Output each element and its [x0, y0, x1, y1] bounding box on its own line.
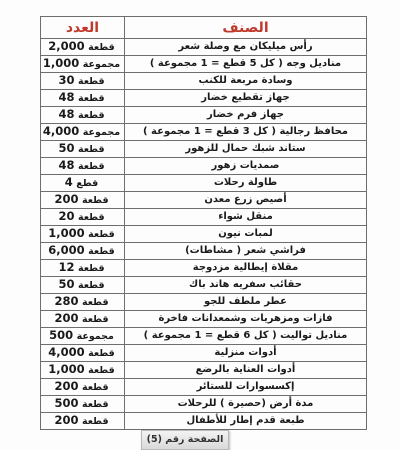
quantity-cell: 48 قطعة [41, 158, 125, 175]
quantity-unit: قطع [76, 178, 98, 189]
table-row: منقل شواء20 قطعة [41, 209, 367, 226]
quantity-value: 48 [58, 158, 74, 172]
quantity-value: 1,000 [43, 56, 79, 70]
table-row: أصيص زرع معدن200 قطعة [41, 192, 367, 209]
quantity-value: 6,000 [48, 243, 84, 257]
table-header-row: الصنف العدد [41, 17, 367, 39]
quantity-unit: قطعة [82, 382, 109, 393]
item-name-cell: مدة أرض (حصيرة ) للرحلات [125, 396, 367, 413]
quantity-unit: قطعة [88, 365, 115, 376]
quantity-unit: قطعة [82, 416, 109, 427]
quantity-unit: قطعة [78, 161, 105, 172]
table-row: أدوات منزلية4,000 قطعة [41, 345, 367, 362]
quantity-value: 20 [58, 209, 74, 223]
quantity-cell: 2,000 قطعة [41, 39, 125, 56]
item-name-cell: أدوات منزلية [125, 345, 367, 362]
table-row: فراشي شعر ( مشاطات)6,000 قطعة [41, 243, 367, 260]
table-body: رأس ميليكان مع وصلة شعر2,000 قطعةمناديل … [41, 39, 367, 430]
quantity-value: 4 [65, 175, 73, 189]
quantity-cell: 4 قطع [41, 175, 125, 192]
table-row: صمديات زهور48 قطعة [41, 158, 367, 175]
quantity-value: 48 [58, 107, 74, 121]
quantity-unit: قطعة [88, 229, 115, 240]
quantity-unit: مجموعة [77, 331, 114, 342]
table-row: مناديل وجه ( كل 5 قطع = 1 مجموعة )1,000 … [41, 56, 367, 73]
quantity-value: 200 [54, 311, 78, 325]
item-name-cell: صمديات زهور [125, 158, 367, 175]
quantity-cell: 50 قطعة [41, 141, 125, 158]
quantity-unit: قطعة [82, 195, 109, 206]
quantity-value: 1,000 [48, 362, 84, 376]
quantity-unit: قطعة [88, 348, 115, 359]
item-name-cell: لمبات نيون [125, 226, 367, 243]
quantity-value: 1,000 [48, 226, 84, 240]
quantity-unit: قطعة [78, 212, 105, 223]
quantity-unit: قطعة [78, 93, 105, 104]
table-row: حقائب سفريه هاند باك50 قطعة [41, 277, 367, 294]
item-name-cell: طاولة رحلات [125, 175, 367, 192]
quantity-cell: 500 مجموعة [41, 328, 125, 345]
quantity-cell: 1,000 قطعة [41, 362, 125, 379]
table-row: طاولة رحلات4 قطع [41, 175, 367, 192]
item-name-cell: عطر ملطف للجو [125, 294, 367, 311]
quantity-cell: 1,000 مجموعة [41, 56, 125, 73]
quantity-cell: 500 قطعة [41, 396, 125, 413]
quantity-cell: 200 قطعة [41, 413, 125, 430]
quantity-cell: 200 قطعة [41, 379, 125, 396]
table-row: لمبات نيون1,000 قطعة [41, 226, 367, 243]
item-name-cell: مقلاة إيطالية مزدوجة [125, 260, 367, 277]
quantity-value: 500 [54, 396, 78, 410]
table-row: وسادة مربعة للكنب30 قطعة [41, 73, 367, 90]
item-name-cell: ستاند شبك حمال للزهور [125, 141, 367, 158]
item-name-cell: طبعة قدم إطار للأطفال [125, 413, 367, 430]
table-row: رأس ميليكان مع وصلة شعر2,000 قطعة [41, 39, 367, 56]
quantity-unit: قطعة [78, 263, 105, 274]
table-row: إكسسوارات للستائر200 قطعة [41, 379, 367, 396]
item-name-cell: مناديل تواليت ( كل 6 قطع = 1 مجموعة ) [125, 328, 367, 345]
quantity-unit: قطعة [78, 76, 105, 87]
quantity-unit: قطعة [78, 144, 105, 155]
quantity-value: 500 [49, 328, 73, 342]
table-row: مدة أرض (حصيرة ) للرحلات500 قطعة [41, 396, 367, 413]
item-name-cell: جهاز تقطيع خضار [125, 90, 367, 107]
column-header-quantity: العدد [41, 17, 125, 39]
page-number-label: الصفحة رقم (5) [141, 430, 229, 450]
quantity-value: 50 [58, 277, 74, 291]
quantity-value: 48 [58, 90, 74, 104]
quantity-value: 200 [54, 192, 78, 206]
quantity-value: 200 [54, 413, 78, 427]
quantity-value: 50 [58, 141, 74, 155]
quantity-unit: مجموعة [83, 59, 120, 70]
quantity-cell: 50 قطعة [41, 277, 125, 294]
quantity-value: 30 [58, 73, 74, 87]
quantity-unit: قطعة [82, 399, 109, 410]
quantity-cell: 280 قطعة [41, 294, 125, 311]
table-row: عطر ملطف للجو280 قطعة [41, 294, 367, 311]
quantity-cell: 6,000 قطعة [41, 243, 125, 260]
item-name-cell: مناديل وجه ( كل 5 قطع = 1 مجموعة ) [125, 56, 367, 73]
table-row: أدوات العناية بالرضع1,000 قطعة [41, 362, 367, 379]
quantity-value: 200 [54, 379, 78, 393]
item-name-cell: محافظ رجالية ( كل 3 قطع = 1 مجموعة ) [125, 124, 367, 141]
quantity-value: 4,000 [48, 345, 84, 359]
quantity-unit: قطعة [78, 280, 105, 291]
table-row: محافظ رجالية ( كل 3 قطع = 1 مجموعة )4,00… [41, 124, 367, 141]
document-page: الصنف العدد رأس ميليكان مع وصلة شعر2,000… [0, 0, 400, 450]
quantity-unit: قطعة [88, 42, 115, 53]
item-name-cell: فراشي شعر ( مشاطات) [125, 243, 367, 260]
quantity-cell: 4,000 مجموعة [41, 124, 125, 141]
table-row: مقلاة إيطالية مزدوجة12 قطعة [41, 260, 367, 277]
quantity-unit: قطعة [78, 110, 105, 121]
inventory-table: الصنف العدد رأس ميليكان مع وصلة شعر2,000… [40, 16, 367, 430]
quantity-cell: 20 قطعة [41, 209, 125, 226]
table-row: مناديل تواليت ( كل 6 قطع = 1 مجموعة )500… [41, 328, 367, 345]
item-name-cell: رأس ميليكان مع وصلة شعر [125, 39, 367, 56]
column-header-item: الصنف [125, 17, 367, 39]
table-row: جهاز تقطيع خضار48 قطعة [41, 90, 367, 107]
item-name-cell: وسادة مربعة للكنب [125, 73, 367, 90]
quantity-value: 4,000 [43, 124, 79, 138]
item-name-cell: أدوات العناية بالرضع [125, 362, 367, 379]
quantity-cell: 4,000 قطعة [41, 345, 125, 362]
table-row: ستاند شبك حمال للزهور50 قطعة [41, 141, 367, 158]
item-name-cell: منقل شواء [125, 209, 367, 226]
quantity-unit: قطعة [88, 246, 115, 257]
item-name-cell: أصيص زرع معدن [125, 192, 367, 209]
quantity-value: 280 [54, 294, 78, 308]
item-name-cell: جهاز فرم خضار [125, 107, 367, 124]
quantity-cell: 48 قطعة [41, 107, 125, 124]
quantity-unit: مجموعة [83, 127, 120, 138]
quantity-cell: 1,000 قطعة [41, 226, 125, 243]
quantity-cell: 200 قطعة [41, 192, 125, 209]
quantity-cell: 48 قطعة [41, 90, 125, 107]
quantity-cell: 200 قطعة [41, 311, 125, 328]
table-row: طبعة قدم إطار للأطفال200 قطعة [41, 413, 367, 430]
quantity-cell: 30 قطعة [41, 73, 125, 90]
quantity-unit: قطعة [82, 297, 109, 308]
quantity-cell: 12 قطعة [41, 260, 125, 277]
quantity-unit: قطعة [82, 314, 109, 325]
quantity-value: 12 [58, 260, 74, 274]
table-row: جهاز فرم خضار48 قطعة [41, 107, 367, 124]
quantity-value: 2,000 [48, 39, 84, 53]
item-name-cell: فازات ومزهريات وشمعدانات فاخرة [125, 311, 367, 328]
item-name-cell: حقائب سفريه هاند باك [125, 277, 367, 294]
table-row: فازات ومزهريات وشمعدانات فاخرة200 قطعة [41, 311, 367, 328]
item-name-cell: إكسسوارات للستائر [125, 379, 367, 396]
